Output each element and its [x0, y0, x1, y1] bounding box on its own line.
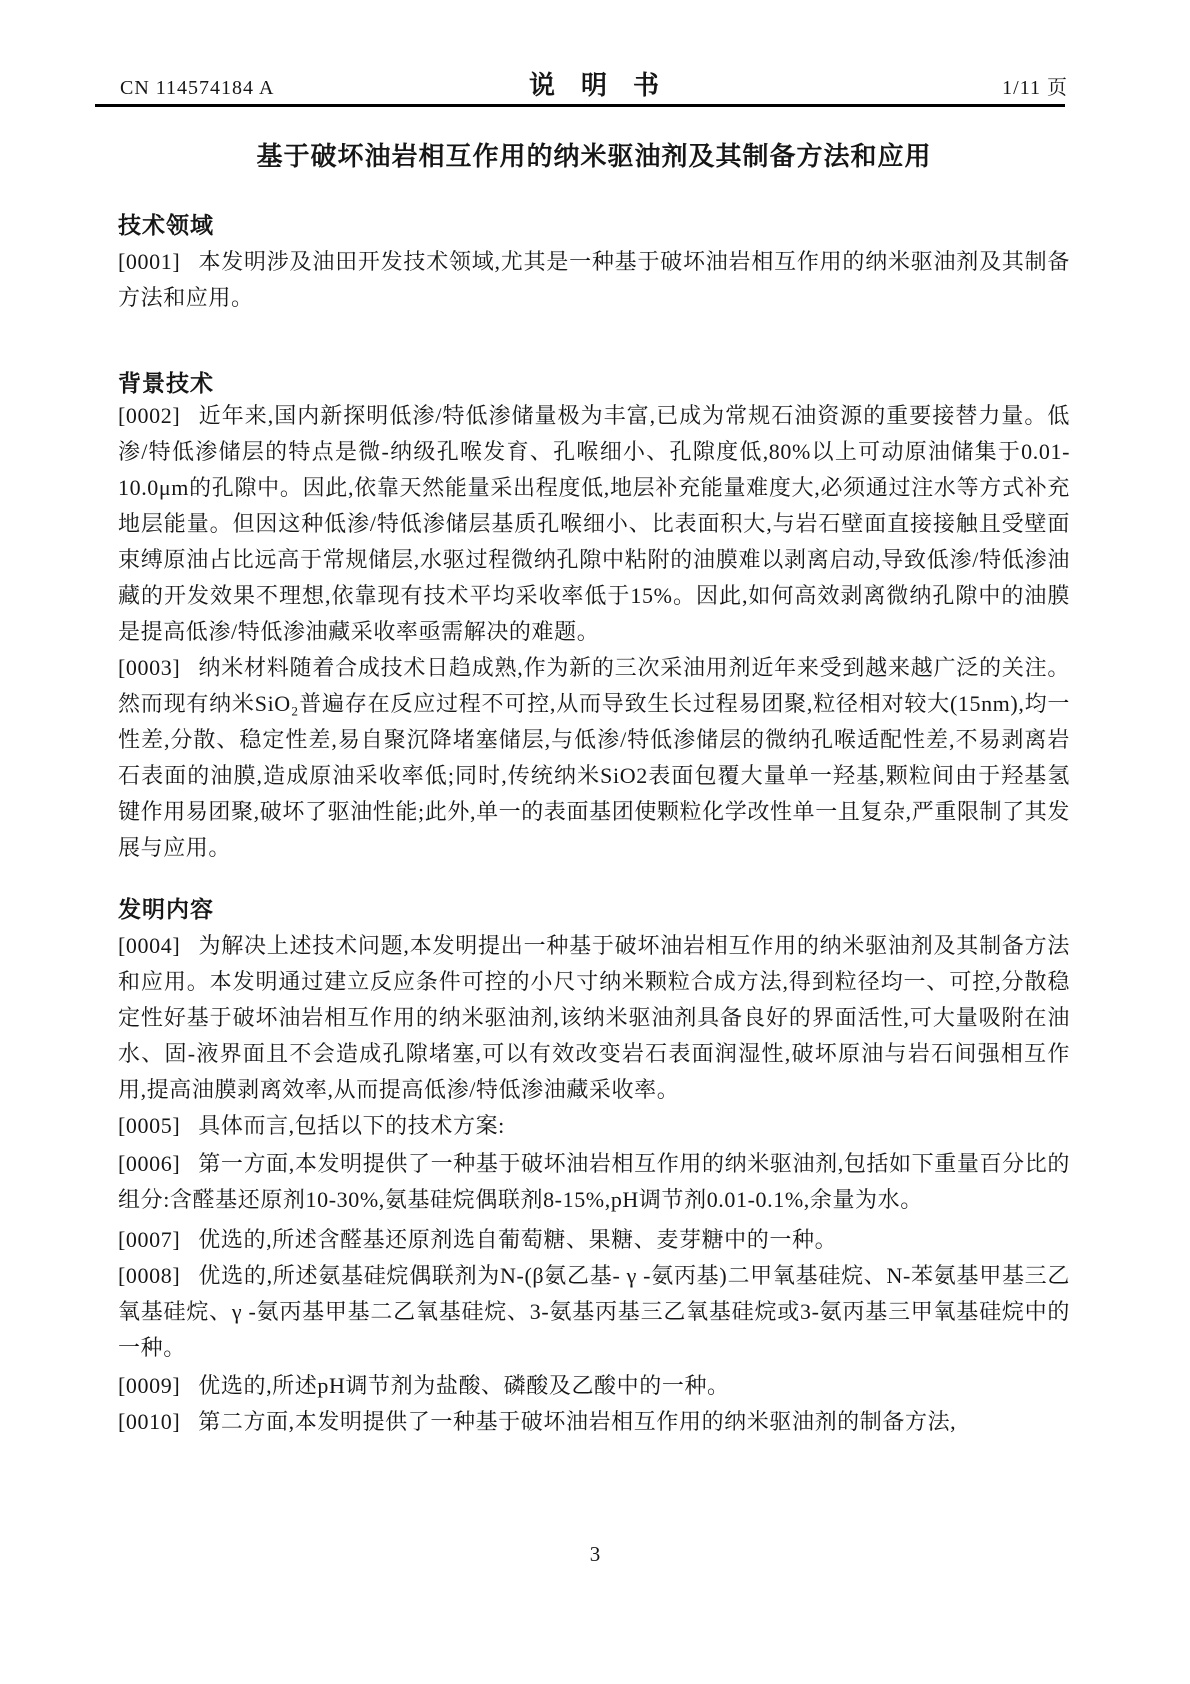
section-technical-field: 技术领域 [0001]本发明涉及油田开发技术领域,尤其是一种基于破坏油岩相互作用… [118, 212, 1070, 316]
paragraph-text: 本发明涉及油田开发技术领域,尤其是一种基于破坏油岩相互作用的纳米驱油剂及其制备方… [118, 249, 1070, 310]
paragraph-number: [0004] [118, 933, 198, 958]
paragraph-text: 优选的,所述氨基硅烷偶联剂为N-(β氨乙基- γ -氨丙基)二甲氧基硅烷、N-苯… [118, 1263, 1070, 1360]
paragraph-text: 近年来,国内新探明低渗/特低渗储量极为丰富,已成为常规石油资源的重要接替力量。低… [118, 403, 1070, 644]
paragraph-number: [0006] [118, 1151, 198, 1176]
section-invention-content: 发明内容 [0004]为解决上述技术问题,本发明提出一种基于破坏油岩相互作用的纳… [118, 896, 1070, 1440]
paragraph-0004: [0004]为解决上述技术问题,本发明提出一种基于破坏油岩相互作用的纳米驱油剂及… [118, 928, 1070, 1108]
paragraph-text: 第二方面,本发明提供了一种基于破坏油岩相互作用的纳米驱油剂的制备方法, [198, 1409, 956, 1434]
paragraph-0005: [0005]具体而言,包括以下的技术方案: [118, 1108, 1070, 1144]
paragraph-number: [0008] [118, 1263, 198, 1288]
paragraph-0009: [0009]优选的,所述pH调节剂为盐酸、磷酸及乙酸中的一种。 [118, 1368, 1070, 1404]
paragraph-text: 具体而言,包括以下的技术方案: [198, 1113, 505, 1138]
paragraph-number: [0003] [118, 655, 198, 680]
paragraph-number: [0007] [118, 1227, 198, 1252]
section-heading-technical-field: 技术领域 [118, 212, 1070, 238]
paragraph-number: [0005] [118, 1113, 198, 1138]
paragraph-number: [0009] [118, 1373, 198, 1398]
patent-specification-page: CN 114574184 A 说明书 1/11 页 基于破坏油岩相互作用的纳米驱… [0, 0, 1190, 1684]
paragraph-text: 优选的,所述pH调节剂为盐酸、磷酸及乙酸中的一种。 [198, 1373, 729, 1398]
paragraph-0008: [0008]优选的,所述氨基硅烷偶联剂为N-(β氨乙基- γ -氨丙基)二甲氧基… [118, 1258, 1070, 1366]
paragraph-text: 纳米材料随着合成技术日趋成熟,作为新的三次采油用剂近年来受到越来越广泛的关注。然… [118, 655, 1070, 860]
paragraph-text: 为解决上述技术问题,本发明提出一种基于破坏油岩相互作用的纳米驱油剂及其制备方法和… [118, 933, 1070, 1102]
page-footer: 3 [0, 1542, 1190, 1567]
paragraph-text: 优选的,所述含醛基还原剂选自葡萄糖、果糖、麦芽糖中的一种。 [198, 1227, 837, 1252]
paragraph-text: 第一方面,本发明提供了一种基于破坏油岩相互作用的纳米驱油剂,包括如下重量百分比的… [118, 1151, 1070, 1212]
paragraph-0010: [0010]第二方面,本发明提供了一种基于破坏油岩相互作用的纳米驱油剂的制备方法… [118, 1404, 1070, 1440]
paragraph-0003: [0003]纳米材料随着合成技术日趋成熟,作为新的三次采油用剂近年来受到越来越广… [118, 650, 1070, 866]
section-heading-invention-content: 发明内容 [118, 896, 1070, 922]
paragraph-number: [0001] [118, 249, 198, 274]
paragraph-0002: [0002]近年来,国内新探明低渗/特低渗储量极为丰富,已成为常规石油资源的重要… [118, 398, 1070, 650]
paragraph-number: [0010] [118, 1409, 198, 1434]
document-body: 基于破坏油岩相互作用的纳米驱油剂及其制备方法和应用 技术领域 [0001]本发明… [118, 0, 1070, 1440]
invention-title: 基于破坏油岩相互作用的纳米驱油剂及其制备方法和应用 [118, 140, 1070, 172]
section-background-art: 背景技术 [0002]近年来,国内新探明低渗/特低渗储量极为丰富,已成为常规石油… [118, 370, 1070, 866]
paragraph-0007: [0007]优选的,所述含醛基还原剂选自葡萄糖、果糖、麦芽糖中的一种。 [118, 1222, 1070, 1258]
paragraph-number: [0002] [118, 403, 198, 428]
paragraph-0001: [0001]本发明涉及油田开发技术领域,尤其是一种基于破坏油岩相互作用的纳米驱油… [118, 244, 1070, 316]
section-heading-background-art: 背景技术 [118, 370, 1070, 396]
page-number: 3 [590, 1542, 601, 1566]
paragraph-0006: [0006]第一方面,本发明提供了一种基于破坏油岩相互作用的纳米驱油剂,包括如下… [118, 1146, 1070, 1218]
